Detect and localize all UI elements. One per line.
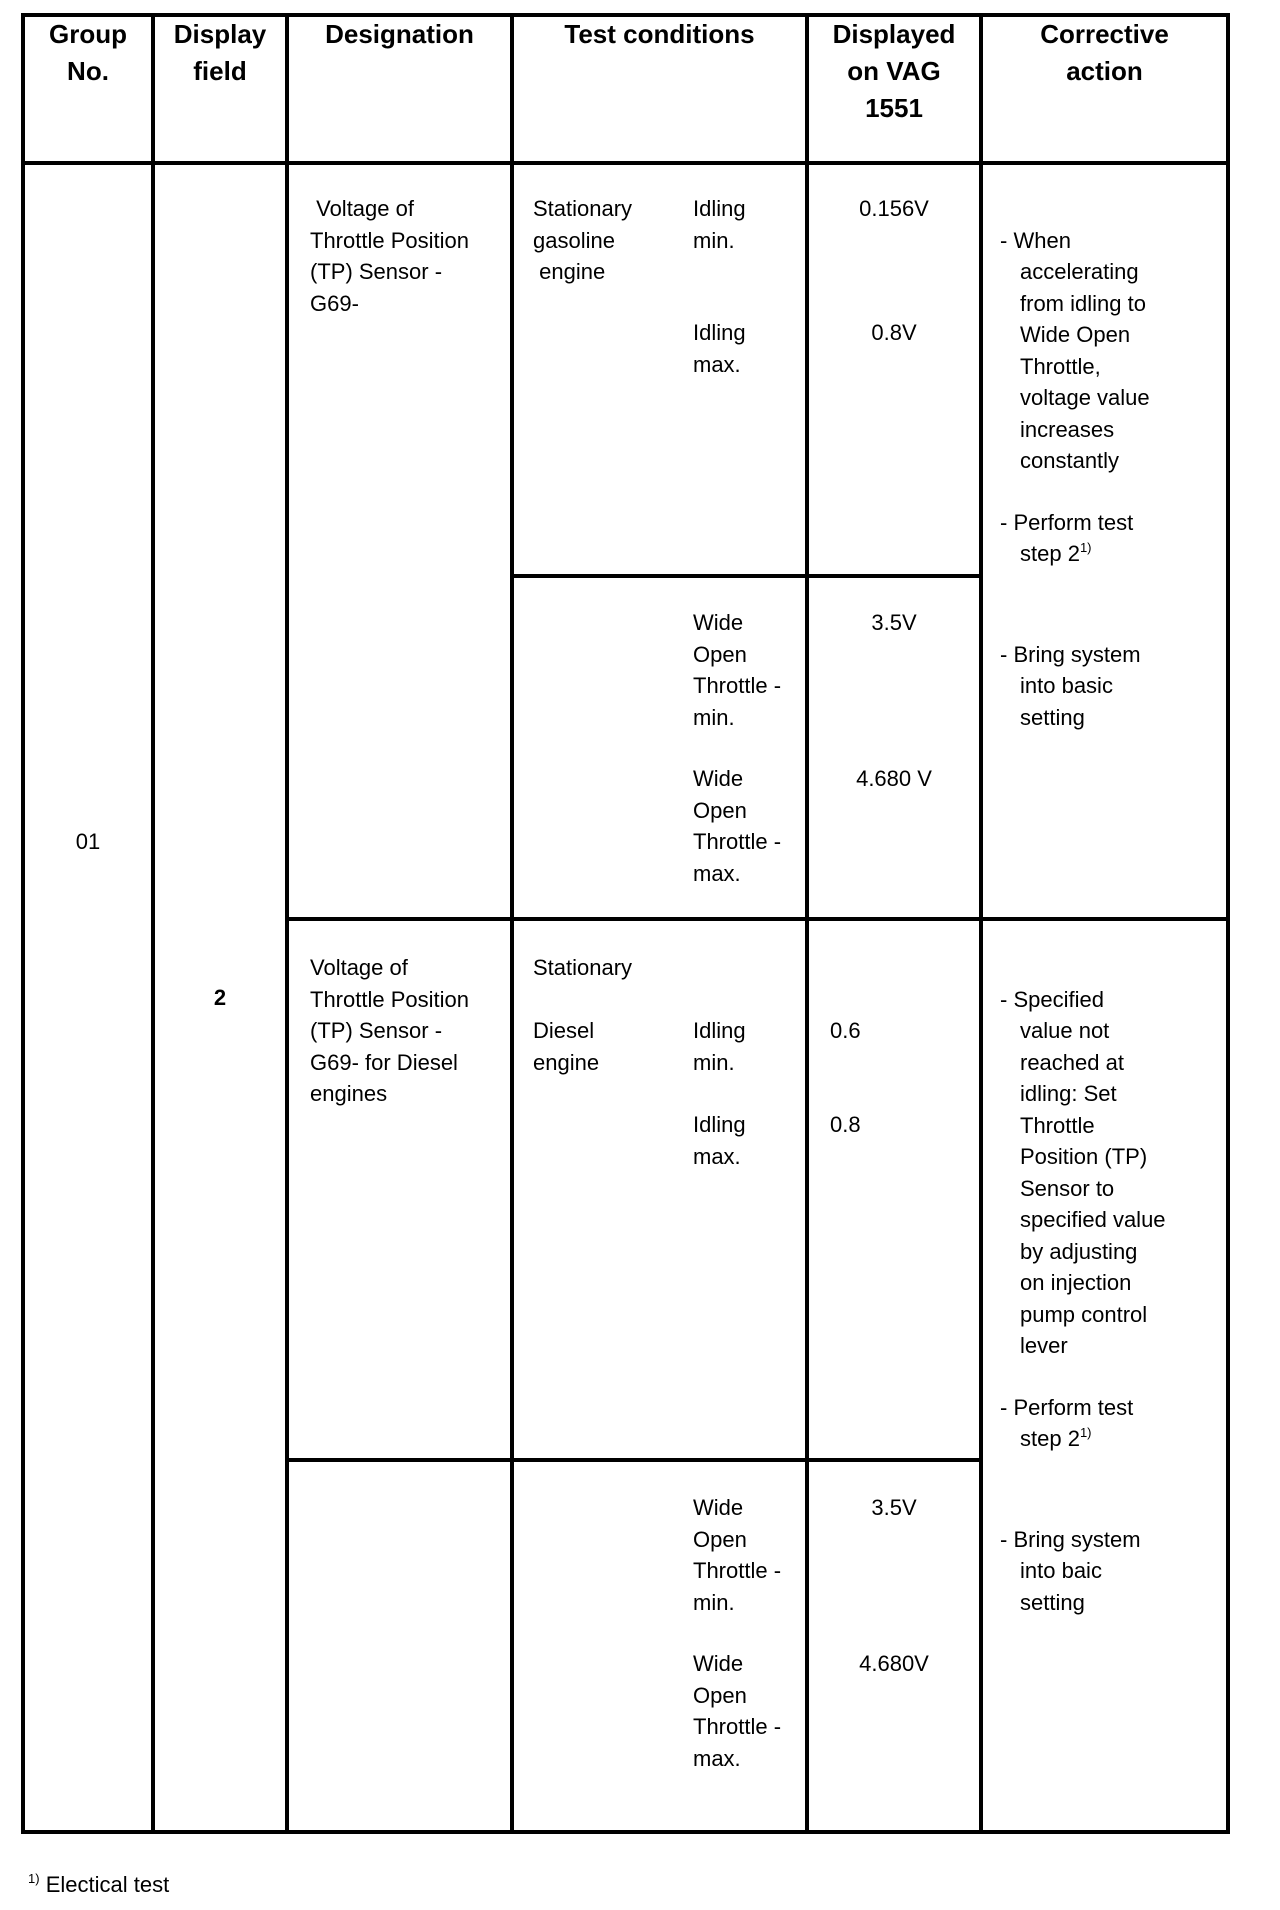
header-group-no: Group No. [25, 16, 151, 90]
col-border-4 [805, 13, 809, 1834]
corrective-gas-3: - Bring system into basic setting [1000, 607, 1220, 765]
value-diesel-idling-min: 0.6 [830, 1015, 861, 1047]
condition-diesel-wot-min: Wide Open Throttle - min. [693, 1492, 781, 1618]
condition-wot-max: Wide Open Throttle - max. [693, 763, 781, 889]
condition-diesel-idling-min: Idling min. [693, 1015, 746, 1078]
value-diesel-wot-max: 4.680V [809, 1648, 979, 1680]
bullet: - [1000, 510, 1013, 535]
value-idling-max: 0.8V [809, 317, 979, 349]
bullet: - [1000, 987, 1013, 1012]
header-corrective-action: Corrective action [983, 16, 1226, 90]
table-bottom-border [21, 1830, 1230, 1834]
header-displayed: Displayed on VAG 1551 [809, 16, 979, 127]
condition-diesel-wot-max: Wide Open Throttle - max. [693, 1648, 781, 1774]
engine-stationary-diesel: Stationary [533, 952, 632, 984]
condition-idling-max: Idling max. [693, 317, 746, 380]
designation-gasoline: Voltage of Throttle Position (TP) Sensor… [310, 193, 469, 319]
col-border-right [1226, 13, 1230, 1834]
corrective-text: Bring system into baic setting [1013, 1527, 1140, 1615]
condition-wot-min: Wide Open Throttle - min. [693, 607, 781, 733]
footnote-marker: 1) [28, 1871, 40, 1886]
bullet: - [1000, 1395, 1013, 1420]
corrective-text: Perform test step 2 [1013, 1395, 1133, 1452]
row-divider-diesel-wot [286, 1458, 983, 1462]
corrective-text: Bring system into basic setting [1013, 642, 1140, 730]
corrective-gas-2: - Perform test step 21) [1000, 475, 1220, 601]
value-wot-min: 3.5V [809, 607, 979, 639]
footnote: 1) Electical test [28, 1872, 169, 1898]
row-divider-diesel [286, 917, 1230, 921]
footnote-text: Electical test [46, 1872, 170, 1897]
row-divider-gas-wot [512, 574, 983, 578]
col-border-3 [510, 13, 514, 1834]
footnote-ref: 1) [1080, 540, 1092, 555]
condition-idling-min: Idling min. [693, 193, 746, 256]
col-border-2 [285, 13, 289, 1834]
display-field-number: 2 [155, 982, 285, 1014]
value-wot-max: 4.680 V [809, 763, 979, 795]
engine-type-diesel: Diesel engine [533, 1015, 599, 1078]
designation-diesel: Voltage of Throttle Position (TP) Sensor… [310, 952, 469, 1110]
corrective-diesel-2: - Perform test step 21) [1000, 1360, 1220, 1486]
col-border-5 [979, 13, 983, 1834]
group-number: 01 [25, 826, 151, 858]
bullet: - [1000, 1527, 1013, 1552]
header-test-conditions: Test conditions [514, 16, 805, 53]
footnote-ref: 1) [1080, 1425, 1092, 1440]
corrective-text: Specified value not reached at idling: S… [1013, 987, 1165, 1359]
value-diesel-idling-max: 0.8 [830, 1109, 861, 1141]
corrective-text: Perform test step 2 [1013, 510, 1133, 567]
col-border-left [21, 13, 25, 1834]
condition-diesel-idling-max: Idling max. [693, 1109, 746, 1172]
bullet: - [1000, 642, 1013, 667]
value-idling-min: 0.156V [809, 193, 979, 225]
corrective-text: When accelerating from idling to Wide Op… [1013, 228, 1149, 474]
header-bottom-border [21, 161, 1230, 165]
corrective-diesel-3: - Bring system into baic setting [1000, 1492, 1220, 1650]
corrective-gas-1: - When accelerating from idling to Wide … [1000, 193, 1220, 508]
value-diesel-wot-min: 3.5V [809, 1492, 979, 1524]
col-border-1 [151, 13, 155, 1834]
header-display-field: Display field [155, 16, 285, 90]
corrective-diesel-1: - Specified value not reached at idling:… [1000, 952, 1222, 1393]
bullet: - [1000, 228, 1013, 253]
header-designation: Designation [289, 16, 510, 53]
engine-type-gasoline: Stationary gasoline engine [533, 193, 632, 288]
